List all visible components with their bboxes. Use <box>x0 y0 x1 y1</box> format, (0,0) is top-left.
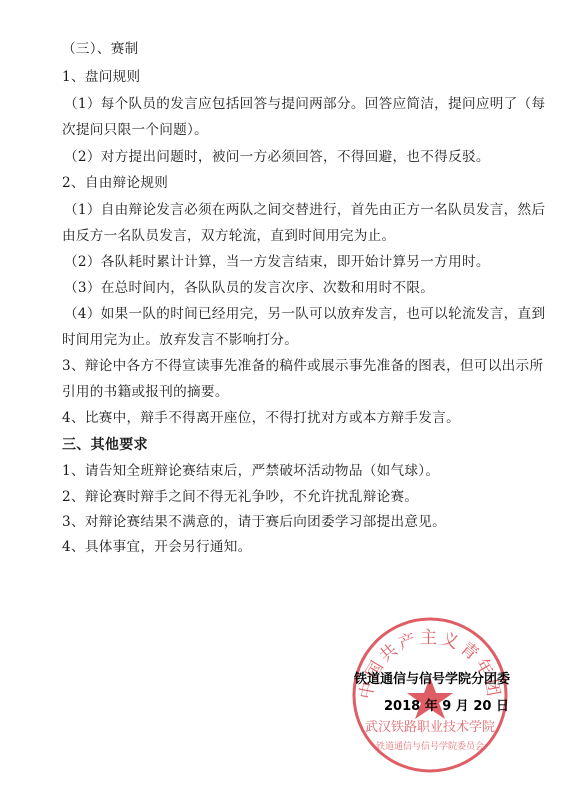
rule-item: （3）在总时间内，各队队员的发言次序、次数和用时不限。 <box>64 279 434 297</box>
requirement-item: 2、辩论赛时辩手之间不得无礼争吵，不允许扰乱辩论赛。 <box>62 488 418 506</box>
rule-item: （2）各队耗时累计计算，当一方发言结束，即开始计算另一方用时。 <box>64 253 490 271</box>
rule-item-cont: 由反方一名队员发言，双方轮流，直到时间用完为止。 <box>62 227 395 245</box>
section-heading: 三、其他要求 <box>62 436 148 454</box>
rule-3-cont: 引用的书籍或报刊的摘要。 <box>62 383 229 401</box>
rule-title: 1、盘问规则 <box>62 68 140 86</box>
svg-text:铁道通信与信号学院委员会: 铁道通信与信号学院委员会 <box>376 740 484 752</box>
requirement-item: 1、请告知全班辩论赛结束后，严禁破坏活动物品（如气球）。 <box>62 462 439 480</box>
rule-item: （1）每个队员的发言应包括回答与提问两部分。回答应简洁，提问应明了（每 <box>64 95 545 113</box>
svg-text:武汉铁路职业技术学院: 武汉铁路职业技术学院 <box>365 719 495 735</box>
subsection-heading: （三）、赛制 <box>62 40 139 58</box>
rule-4: 4、比赛中，辩手不得离开座位，不得打扰对方或本方辩手发言。 <box>62 409 460 427</box>
rule-item: （2）对方提出问题时，被问一方必须回答，不得回避，也不得反驳。 <box>64 148 490 166</box>
requirement-item: 4、具体事宜，开会另行通知。 <box>62 538 252 556</box>
signature-organization: 铁道通信与信号学院分团委 <box>354 668 510 687</box>
requirement-item: 3、对辩论赛结果不满意的，请于赛后向团委学习部提出意见。 <box>62 513 446 531</box>
signature-date: 2018 年 9 月 20 日 <box>384 695 509 714</box>
rule-item: （4）如果一队的时间已经用完，另一队可以放弃发言，也可以轮流发言，直到 <box>64 305 545 323</box>
document-page: （三）、赛制 1、盘问规则 （1）每个队员的发言应包括回答与提问两部分。回答应简… <box>0 0 561 810</box>
rule-title: 2、自由辩论规则 <box>62 174 168 192</box>
rule-item-cont: 时间用完为止。放弃发言不影响打分。 <box>62 331 298 349</box>
rule-item-cont: 次提问只限一个问题）。 <box>62 121 208 139</box>
rule-3: 3、辩论中各方不得宣读事先准备的稿件或展示事先准备的图表，但可以出示所 <box>62 357 543 375</box>
rule-item: （1）自由辩论发言必须在两队之间交替进行，首先由正方一名队员发言，然后 <box>64 201 545 219</box>
